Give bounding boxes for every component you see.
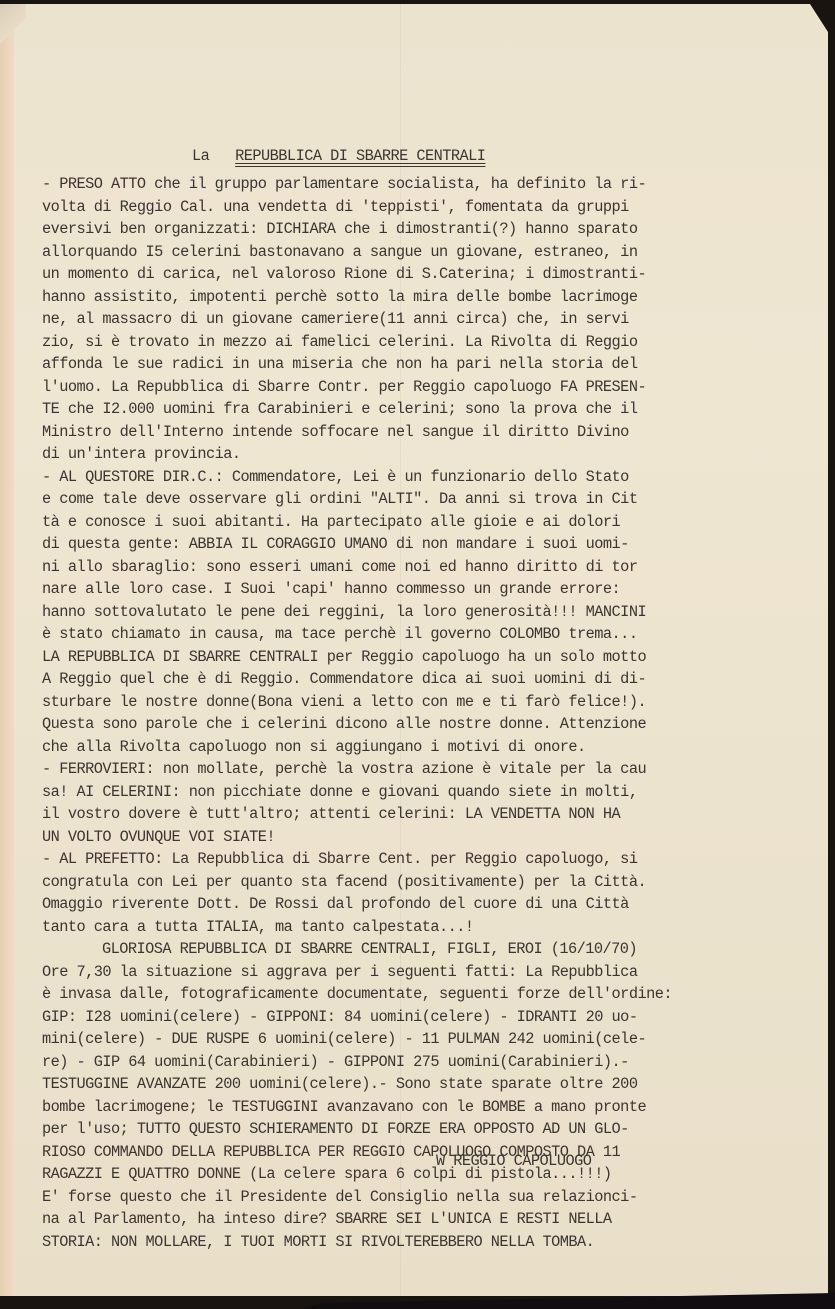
text-line: per l'uso; TUTTO QUESTO SCHIERAMENTO DI … [42,1118,802,1141]
text-line: il vostro dovere è tutt'altro; attenti c… [42,803,802,826]
title-text: REPUBBLICA DI SBARRE CENTRALI [235,147,485,165]
text-line: nare alle loro case. I Suoi 'capi' hanno… [42,578,802,601]
document-body: - PRESO ATTO che il gruppo parlamentare … [42,173,802,1253]
text-line: - AL QUESTORE DIR.C.: Commendatore, Lei … [42,466,802,489]
text-line: tà e conosce i suoi abitanti. Ha parteci… [42,511,802,534]
text-line: zio, si è trovato in mezzo ai famelici c… [42,331,802,354]
text-line: che alla Rivolta capoluogo non si aggiun… [42,736,802,759]
text-line: TESTUGGINE AVANZATE 200 uomini(celere).-… [42,1073,802,1096]
text-line: sa! AI CELERINI: non picchiate donne e g… [42,781,802,804]
text-line: è invasa dalle, fotograficamente documen… [42,983,802,1006]
text-line: mini(celere) - DUE RUSPE 6 uomini(celere… [42,1028,802,1051]
text-line: eversivi ben organizzati: DICHIARA che i… [42,218,802,241]
text-line: UN VOLTO OVUNQUE VOI SIATE! [42,826,802,849]
text-line: Questa sono parole che i celerini dicono… [42,713,802,736]
folded-corner [0,4,26,44]
text-line: ni allo sbaraglio: sono esseri umani com… [42,556,802,579]
text-line: sturbare le nostre donne(Bona vieni a le… [42,691,802,714]
text-line: affonda le sue radici in una miseria che… [42,353,802,376]
text-line: GIP: I28 uomini(celere) - GIPPONI: 84 uo… [42,1006,802,1029]
text-line: RIOSO COMMANDO DELLA REPUBBLICA PER REGG… [42,1141,802,1164]
text-line: Omaggio riverente Dott. De Rossi dal pro… [42,893,802,916]
text-line: A Reggio quel che è di Reggio. Commendat… [42,668,802,691]
text-line: STORIA: NON MOLLARE, I TUOI MORTI SI RIV… [42,1231,802,1254]
text-line: un momento di carica, nel valoroso Rione… [42,263,802,286]
text-line: volta di Reggio Cal. una vendetta di 'te… [42,196,802,219]
text-line: è stato chiamato in causa, ma tace perch… [42,623,802,646]
title-prefix: La [192,147,209,165]
document-title: La REPUBBLICA DI SBARRE CENTRALI [192,147,485,165]
text-line: hanno assistito, impotenti perchè sotto … [42,286,802,309]
text-line: - FERROVIERI: non mollate, perchè la vos… [42,758,802,781]
text-line: - PRESO ATTO che il gruppo parlamentare … [42,173,802,196]
text-line: l'uomo. La Repubblica di Sbarre Contr. p… [42,376,802,399]
text-line: bombe lacrimogene; le TESTUGGINI avanzav… [42,1096,802,1119]
text-line: di un'intera provincia. [42,443,802,466]
text-line: ne, al massacro di un giovane cameriere(… [42,308,802,331]
text-line: e come tale deve osservare gli ordini "A… [42,488,802,511]
text-line: tanto cara a tutta ITALIA, ma tanto calp… [42,916,802,939]
text-line: congratula con Lei per quanto sta facend… [42,871,802,894]
text-line: allorquando I5 celerini bastonavano a sa… [42,241,802,264]
text-line: Ministro dell'Interno intende soffocare … [42,421,802,444]
text-line: hanno sottovalutato le pene dei reggini,… [42,601,802,624]
text-line: TE che I2.000 uomini fra Carabinieri e c… [42,398,802,421]
text-line: - AL PREFETTO: La Repubblica di Sbarre C… [42,848,802,871]
text-line: GLORIOSA REPUBBLICA DI SBARRE CENTRALI, … [42,938,802,961]
text-line: RAGAZZI E QUATTRO DONNE (La celere spara… [42,1163,802,1186]
text-line: Ore 7,30 la situazione si aggrava per i … [42,961,802,984]
text-line: na al Parlamento, ha inteso dire? SBARRE… [42,1208,802,1231]
text-line: re) - GIP 64 uomini(Carabinieri) - GIPPO… [42,1051,802,1074]
text-line: E' forse questo che il Presidente del Co… [42,1186,802,1209]
signature: W REGGIO CAPOLUOGO [436,1152,591,1170]
text-line: LA REPUBBLICA DI SBARRE CENTRALI per Reg… [42,646,802,669]
text-line: di questa gente: ABBIA IL CORAGGIO UMANO… [42,533,802,556]
